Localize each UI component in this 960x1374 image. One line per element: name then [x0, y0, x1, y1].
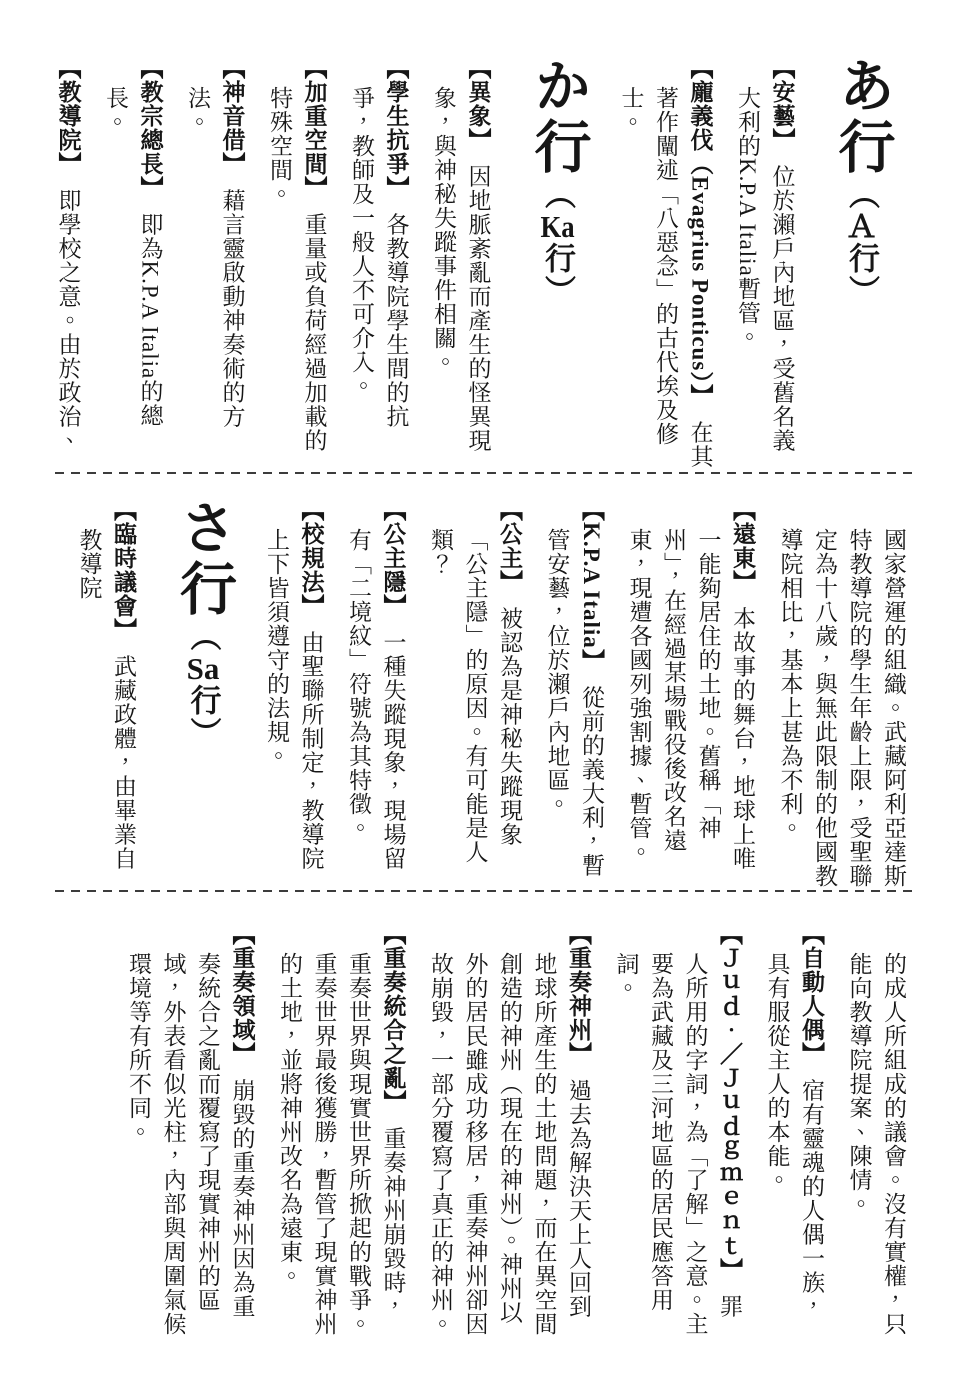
- glossary-page: あ行（Ａ行） 【安藝】位於瀨戶內地區，受舊名義大利的K.P.A Italia暫管…: [0, 0, 960, 1374]
- entry-term: 【K.P.A Italia】: [579, 498, 604, 661]
- glossary-band-bottom: 的成人所組成的議會。沒有實權，只能向教導院提案、陳情。 【自動人偶】宿有靈魂的人…: [55, 892, 912, 1342]
- glossary-entry: 【重奏領域】崩毀的重奏神州因為重奏統合之亂而覆寫了現實神州的區域，外表看似光柱，…: [121, 922, 259, 1342]
- glossary-entry: 【K.P.A Italia】從前的義大利，暫管安藝，位於瀨戶內地區。: [539, 498, 608, 890]
- entry-term: 【重奏神州】: [566, 922, 591, 1055]
- glossary-band-middle: 國家營運的組織。武藏阿利亞達斯特教導院的學生年齡上限，受聖聯定為十八歲，與無此限…: [55, 474, 912, 890]
- gyo-heading-reading: （Sa行）: [186, 620, 221, 750]
- continued-paragraph: 國家營運的組織。武藏阿利亞達斯特教導院的學生年齡上限，受聖聯定為十八歲，與無此限…: [772, 498, 910, 890]
- gyo-heading-kana: さ行: [172, 498, 235, 620]
- glossary-entry: 【自動人偶】宿有靈魂的人偶一族，具有服從主人的本能。: [759, 922, 828, 1342]
- glossary-entry: 【重奏神州】過去為解決天上人回到地球所產生的土地問題，而在異空間創造的神州（現在…: [423, 922, 596, 1342]
- glossary-entry: 【校規法】由聖聯所制定，教導院上下皆須遵守的法規。: [259, 498, 328, 890]
- entry-term: 【重奏領域】: [230, 922, 255, 1055]
- gyo-heading-reading: （Ka行）: [540, 178, 575, 308]
- entry-definition: 位於瀨戶內地區，受舊名義大利的K.P.A Italia暫管。: [735, 86, 795, 453]
- glossary-entry: 【學生抗爭】各教導院學生間的抗爭，教師及一般人不可介入。: [344, 56, 413, 472]
- entry-term: 【公主】: [497, 498, 522, 583]
- entry-term: 【教導院】: [56, 56, 81, 165]
- entry-term: 【校規法】: [299, 498, 324, 607]
- glossary-entry: 【遠東】本故事的舞台，地球上唯一能夠居住的土地。舊稱「神州」，在經過某場戰役後改…: [621, 498, 759, 890]
- glossary-entry: 【Ｊｕｄ．／Ｊｕｄｇｍｅｎｔ】罪人所用的字詞，為「了解」之意。主要為武藏及三河地…: [608, 922, 746, 1342]
- entry-term: 【遠東】: [730, 498, 755, 583]
- glossary-entry: 【重奏統合之亂】重奏神州崩毀時，重奏世界與現實世界所掀起的戰爭。重奏世界最後獲勝…: [272, 922, 410, 1342]
- entry-term: 【教宗總長】: [138, 56, 163, 189]
- glossary-band-top: あ行（Ａ行） 【安藝】位於瀨戶內地區，受舊名義大利的K.P.A Italia暫管…: [55, 56, 912, 472]
- continued-paragraph: 的成人所組成的議會。沒有實權，只能向教導院提案、陳情。: [841, 922, 910, 1342]
- entry-term: 【Ｊｕｄ．／Ｊｕｄｇｍｅｎｔ】: [717, 922, 742, 1271]
- glossary-entry: 【異象】因地脈紊亂而產生的怪異現象，與神秘失蹤事件相關。: [426, 56, 495, 472]
- entry-term: 【加重空間】: [302, 56, 327, 189]
- glossary-entry: 【神音借】藉言靈啟動神奏術的方法。: [180, 56, 249, 472]
- entry-term: 【學生抗爭】: [384, 56, 409, 189]
- entry-term: 【臨時議會】: [111, 498, 136, 631]
- gyo-heading-sa: さ行（Sa行）: [160, 498, 246, 890]
- entry-term: 【神音借】: [220, 56, 245, 165]
- entry-definition: 因地脈紊亂而產生的怪異現象，與神秘失蹤事件相關。: [431, 86, 491, 453]
- gyo-heading-ka: か行（Ka行）: [515, 56, 601, 472]
- entry-term: 【公主隱】: [381, 498, 406, 607]
- glossary-entry: 【教宗總長】即為K.P.A Italia的總長。: [98, 56, 167, 472]
- gyo-heading-reading: （Ａ行）: [844, 178, 879, 308]
- entry-term: 【重奏統合之亂】: [381, 922, 406, 1103]
- entry-term: 【異象】: [466, 56, 491, 141]
- entry-term: 【自動人偶】: [799, 922, 824, 1055]
- glossary-entry: 【加重空間】重量或負荷經過加載的特殊空間。: [262, 56, 331, 472]
- glossary-entry: 【安藝】位於瀨戶內地區，受舊名義大利的K.P.A Italia暫管。: [730, 56, 799, 472]
- entry-term: 【龐義伐（Evagrius Ponticus）】: [688, 56, 713, 396]
- glossary-entry: 【龐義伐（Evagrius Ponticus）】在其著作闡述「八惡念」的古代埃及…: [613, 56, 717, 472]
- gyo-heading-a: あ行（Ａ行）: [819, 56, 905, 472]
- entry-term: 【安藝】: [770, 56, 795, 141]
- glossary-entry: 【教導院】即學校之意。由於政治、軍事活動只能由學生進行，實質上也是負責: [55, 56, 85, 472]
- glossary-entry: 【公主隱】一種失蹤現象，現場留有「二境紋」符號為其特徵。: [341, 498, 410, 890]
- glossary-entry: 【臨時議會】武藏政體，由畢業自教導院: [71, 498, 140, 890]
- gyo-heading-kana: あ行: [830, 56, 893, 178]
- glossary-entry: 【公主】被認為是神秘失蹤現象「公主隱」的原因。有可能是人類？: [423, 498, 527, 890]
- gyo-heading-kana: か行: [526, 56, 589, 178]
